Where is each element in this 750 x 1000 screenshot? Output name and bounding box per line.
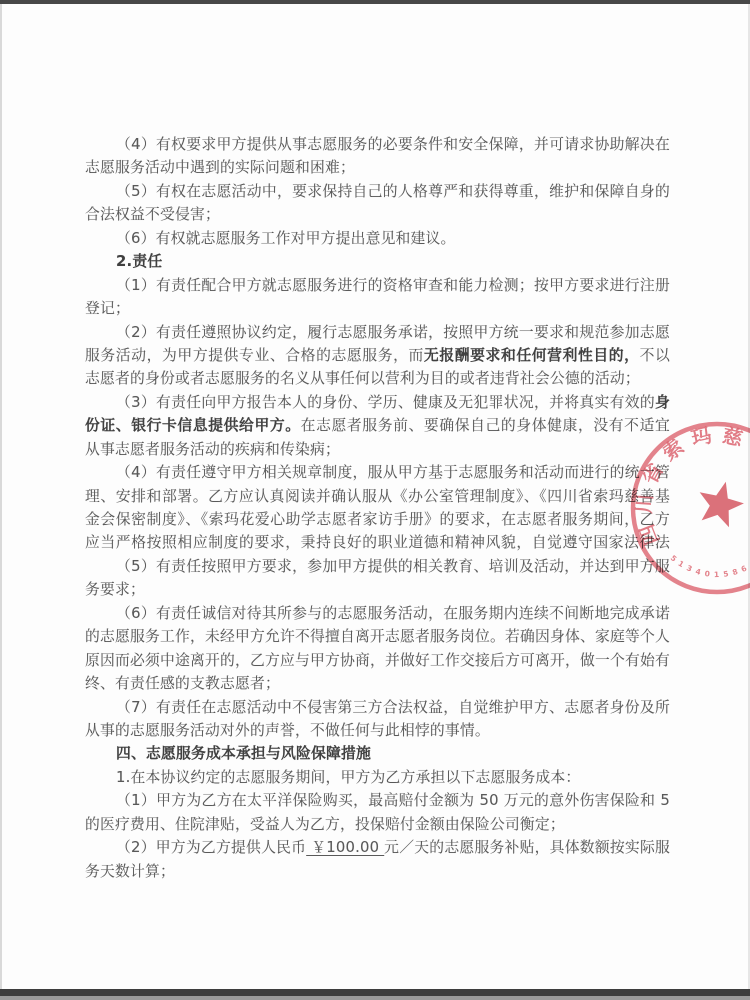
document-body: （4）有权要求甲方提供从事志愿服务的必要条件和安全保障，并可请求协助解决在志愿服… [85,133,670,883]
text-run: 在志愿者服务前、要确保自己的身体健康，没有不适宜 [301,417,670,434]
text-run: 原因而必须中途离开的，乙方应与甲方协商，并做好工作交接后方可离开，做一个有始有 [85,652,670,669]
text-run: （2）有责任遵照协议约定，履行志愿服务承诺，按照甲方统一要求和规范参加志愿 [116,324,670,341]
text-run: 的医疗费用、住院津贴，受益人为乙方，投保赔付金额由保险公司衡定； [85,816,565,833]
text-run: 从事志愿者服务活动的疾病和传染病； [85,441,340,458]
text-line: 合法权益不受侵害； [85,203,670,226]
scan-edge-top [0,0,750,4]
text-run: 的志愿服务工作，未经甲方允许不得擅自离开志愿者服务岗位。若确因身体、家庭等个人 [85,628,670,645]
text-line: （1）甲方为乙方在太平洋保险购买，最高赔付金额为 50 万元的意外伤害保险和 5… [85,789,670,812]
text-line: 1.在本协议约定的志愿服务期间，甲方为乙方承担以下志愿服务成本： [85,766,670,789]
text-run: （7）有责任在志愿活动中不侵害第三方合法权益，自觉维护甲方、志愿者身份及所 [116,699,670,716]
text-line: 2.责任 [85,250,670,273]
text-run: （6）有权就志愿服务工作对甲方提出意见和建议。 [116,230,456,247]
text-run: 从事的志愿服务活动对外的声誉，不做任何与此相悖的事情。 [85,722,490,739]
text-run: （6）有责任诚信对待其所参与的志愿服务活动，在服务期内连续不间断地完成承诺 [116,605,670,622]
seal-star [693,476,748,529]
text-run: ￥100.00 [306,839,384,856]
text-run: （4）有责任遵守甲方相关规章制度，服从甲方基于志愿服务和活动而进行的统一管 [116,464,670,481]
text-run: （2）甲方为乙方提供人民币 [116,839,306,856]
text-run: 服务活动，为甲方提供专业、合格的志愿服务，而 [85,347,424,364]
text-run: 应当严格按照相应制度的要求，秉持良好的职业道德和精神风貌，自觉遵守国家法律法规。 [85,534,670,554]
text-line: （5）有权在志愿活动中，要求保持自己的人格尊严和获得尊重，维护和保障自身的 [85,180,670,203]
text-run: 份证、银行卡信息提供给甲方。 [85,417,301,434]
text-line: （4）有权要求甲方提供从事志愿服务的必要条件和安全保障，并可请求协助解决在 [85,133,670,156]
text-run: 金会保密制度》、《索玛花爱心助学志愿者家访手册》的要求，在志愿者服务期间，乙方 [85,511,670,528]
text-line: 志愿服务活动中遇到的实际问题和困难； [85,156,670,179]
text-line: （5）有责任按照甲方要求，参加甲方提供的相关教育、培训及活动，并达到甲方服 [85,555,670,578]
text-line: 务天数计算； [85,860,670,883]
text-line: （4）有责任遵守甲方相关规章制度，服从甲方基于志愿服务和活动而进行的统一管 [85,461,670,484]
text-line: 终、有责任感的支教志愿者； [85,672,670,695]
text-run: 四、志愿服务成本承担与风险保障措施 [116,745,371,762]
text-line: （3）有责任向甲方报告本人的身份、学历、健康及无犯罪状况，并将真实有效的身 [85,391,670,414]
text-line: 金会保密制度》、《索玛花爱心助学志愿者家访手册》的要求，在志愿者服务期间，乙方 [85,508,670,531]
text-run: 2.责任 [116,253,162,270]
text-run: （5）有责任按照甲方要求，参加甲方提供的相关教育、培训及活动，并达到甲方服 [116,558,670,575]
text-line: 四、志愿服务成本承担与风险保障措施 [85,742,670,765]
text-run: 务天数计算； [85,863,175,880]
text-line: 志愿者的身份或者志愿服务的名义从事任何以营利为目的或者违背社会公德的活动； [85,367,670,390]
scan-edge-left [0,4,2,989]
text-run: 不以 [640,347,670,364]
text-run: 无报酬要求和任何营利性目的， [424,347,640,364]
seal-code-text: 513401586 [669,553,750,579]
text-run: 终、有责任感的支教志愿者； [85,675,280,692]
text-line: 的志愿服务工作，未经甲方允许不得擅自离开志愿者服务岗位。若确因身体、家庭等个人 [85,625,670,648]
text-run: （3）有责任向甲方报告本人的身份、学历、健康及无犯罪状况，并将真实有效的 [116,394,655,411]
text-line: 应当严格按照相应制度的要求，秉持良好的职业道德和精神风貌，自觉遵守国家法律法规。 [85,531,670,554]
text-line: 登记； [85,297,670,320]
text-run: （5）有权在志愿活动中，要求保持自己的人格尊严和获得尊重，维护和保障自身的 [116,183,670,200]
text-line: （1）有责任配合甲方就志愿服务进行的资格审查和能力检测；按甲方要求进行注册 [85,274,670,297]
text-line: 理、安排和部署。乙方应认真阅读并确认服从《办公室管理制度》、《四川省索玛慈善基 [85,485,670,508]
text-run: （4）有权要求甲方提供从事志愿服务的必要条件和安全保障，并可请求协助解决在 [116,136,670,153]
text-line: （7）有责任在志愿活动中不侵害第三方合法权益，自觉维护甲方、志愿者身份及所 [85,696,670,719]
text-run: 志愿者的身份或者志愿服务的名义从事任何以营利为目的或者违背社会公德的活动； [85,370,640,387]
text-run: 务要求； [85,581,145,598]
text-run: 登记； [85,300,130,317]
scan-edge-bottom [0,989,750,996]
text-run: （1）甲方为乙方在太平洋保险购买，最高赔付金额为 50 万元的意外伤害保险和 5… [116,792,670,812]
text-line: （6）有权就志愿服务工作对甲方提出意见和建议。 [85,227,670,250]
text-line: （2）有责任遵照协议约定，履行志愿服务承诺，按照甲方统一要求和规范参加志愿 [85,321,670,344]
text-run: （1）有责任配合甲方就志愿服务进行的资格审查和能力检测；按甲方要求进行注册 [116,277,670,294]
text-line: （6）有责任诚信对待其所参与的志愿服务活动，在服务期内连续不间断地完成承诺 [85,602,670,625]
scan-edge-bottom-shadow [0,996,750,1000]
text-run: 志愿服务活动中遇到的实际问题和困难； [85,159,355,176]
text-line: 从事志愿者服务活动的疾病和传染病； [85,438,670,461]
text-run: 元／天的志愿服务补贴，具体数额按实际服 [384,839,670,856]
text-line: （2）甲方为乙方提供人民币 ￥100.00 元／天的志愿服务补贴，具体数额按实际… [85,836,670,859]
text-run: 身 [655,394,670,411]
text-run: 1.在本协议约定的志愿服务期间，甲方为乙方承担以下志愿服务成本： [116,769,580,786]
text-line: 原因而必须中途离开的，乙方应与甲方协商，并做好工作交接后方可离开，做一个有始有 [85,649,670,672]
text-line: 份证、银行卡信息提供给甲方。在志愿者服务前、要确保自己的身体健康，没有不适宜 [85,414,670,437]
text-line: 从事的志愿服务活动对外的声誉，不做任何与此相悖的事情。 [85,719,670,742]
text-line: 服务活动，为甲方提供专业、合格的志愿服务，而无报酬要求和任何营利性目的，不以 [85,344,670,367]
text-line: 的医疗费用、住院津贴，受益人为乙方，投保赔付金额由保险公司衡定； [85,813,670,836]
text-run: 理、安排和部署。乙方应认真阅读并确认服从《办公室管理制度》、《四川省索玛慈善基 [85,488,670,505]
text-line: 务要求； [85,578,670,601]
text-run: 合法权益不受侵害； [85,206,220,223]
